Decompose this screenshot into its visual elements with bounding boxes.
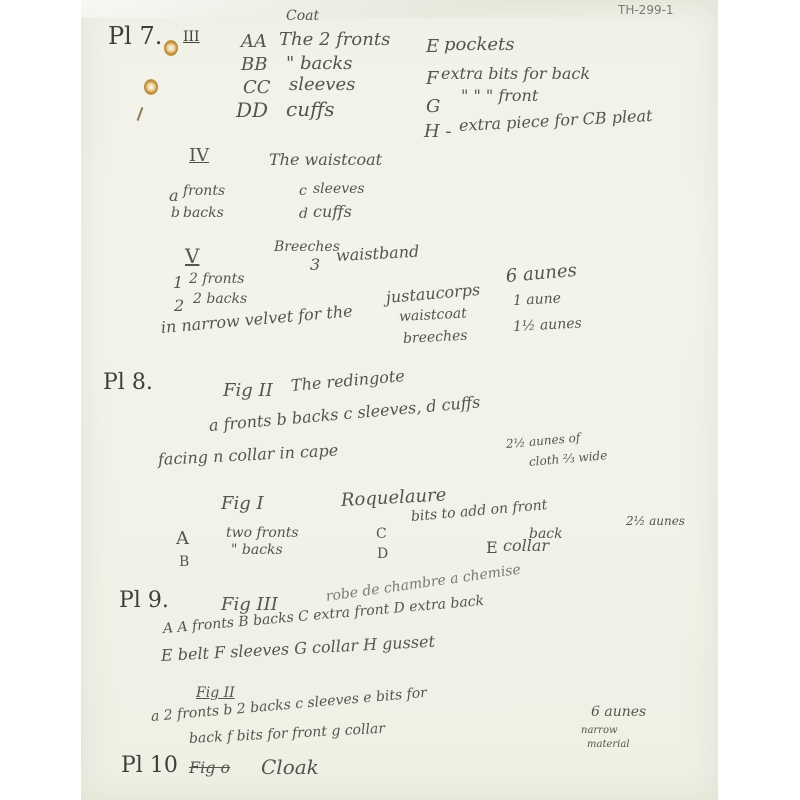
fig4-title: The waistcoat [269,152,382,168]
plate8-fig2-quantity-sub: cloth ⅔ wide [528,449,607,468]
catalog-number: TH-299-1 [618,4,674,16]
plate7-item-text: The 2 fronts [279,31,390,49]
quantity-item: breeches [403,329,468,346]
plate9-fig3-line2: E belt F sleeves G collar H gusset [161,634,436,664]
plate9-fig2-quantity: 6 aunes [591,705,646,719]
fig5-item-key: 2 [174,298,184,314]
rust-stain [144,79,158,95]
quantity-amount: 1 aune [513,291,562,307]
plate8-fig1-item-text: two fronts [226,526,299,540]
plate8-fig2-title: The redingote [290,368,405,394]
manuscript-page: TH-299-1 Pl 7. III Coat AA The 2 fronts … [81,0,718,800]
fig4-item-key: d [299,207,308,221]
plate8-fig1-item-key: C [376,527,387,541]
plate7-item-text: cuffs [286,99,335,119]
plate7-item-key: F [426,70,439,88]
plate7-item-text: " backs [286,55,352,73]
quantity-amount: 1½ aunes [513,316,582,334]
quantity-item: waistcoat [399,306,468,324]
plate8-heading: Pl 8. [103,372,153,394]
plate8-fig2-quantity-main: 2½ aunes of [505,432,580,450]
plate7-item-text: sleeves [289,76,355,94]
fig4-item-text: backs [183,206,224,220]
plate9-fig2-line1: a 2 fronts b 2 backs c sleeves e bits fo… [150,686,427,724]
fig5-item-key: 1 [173,275,183,291]
fig5-item-text: 2 backs [193,292,247,306]
plate7-item-key: DD [236,100,268,120]
plate9-fig2-label: Fig II [196,686,235,700]
fig5-title: Breeches [274,240,340,254]
pencil-mark [137,107,144,121]
coat-label: Coat [286,9,319,23]
plate8-fig1-item-text: collar [503,538,549,554]
plate8-fig1-quantity: 2½ aunes [626,515,685,527]
plate10-struck-text: Fig o [189,760,230,776]
plate7-item-text: " " " front [461,88,538,104]
plate7-item-text: pockets [444,36,514,54]
plate10-title: Cloak [261,757,319,777]
fig4-item-text: sleeves [313,182,365,196]
plate7-item-key: CC [243,79,271,97]
fig5-item-text: 2 fronts [189,272,245,286]
plate8-fig1-item-key: E [486,540,498,556]
plate7-heading: Pl 7. [108,24,162,48]
fig4-item-key: b [171,206,180,220]
plate10-heading: Pl 10 [121,755,178,777]
fig5-numeral: V [185,246,199,266]
plate9-fig2-line2: back f bits for front g collar [189,722,386,746]
plate9-fig3-line1: A A fronts B backs C extra front D extra… [162,594,484,636]
plate8-fig2-line2: facing n collar in cape [158,443,339,468]
plate7-item-key: BB [241,56,267,74]
plate9-fig2-quantity-note: narrow [581,726,618,736]
plate8-fig1-item-key: B [179,555,189,569]
fig4-item-text: cuffs [313,204,352,220]
plate7-fig-numeral: III [183,30,200,44]
fig4-item-text: fronts [183,184,225,198]
fig5-item-key: 3 [310,257,320,273]
plate8-fig2-label: Fig II [223,382,273,400]
plate9-heading: Pl 9. [119,590,169,612]
quantity-amount: 6 aunes [505,262,577,286]
plate9-fig2-quantity-note: material [587,740,630,750]
plate7-item-text: extra piece for CB pleat [459,108,653,134]
plate7-item-key: E [426,38,439,56]
plate8-fig1-item-key: A [176,530,189,548]
plate8-fig1-label: Fig I [221,495,264,513]
fig5-item-text: waistband [336,244,420,264]
fig4-item-key: c [299,184,307,198]
rust-stain [164,40,178,56]
quantity-item: justaucorps [385,282,480,306]
plate8-fig1-item-key: D [377,547,388,561]
plate8-fig1-item-text: " backs [231,543,283,557]
plate7-item-key: AA [241,33,267,51]
fig4-item-key: a [169,188,179,204]
fig4-numeral: IV [189,147,209,165]
plate7-item-text: extra bits for back [441,66,590,82]
fig5-note: in narrow velvet for the [160,303,353,336]
plate7-item-key: G [426,98,440,116]
plate7-item-key: H - [424,123,452,141]
